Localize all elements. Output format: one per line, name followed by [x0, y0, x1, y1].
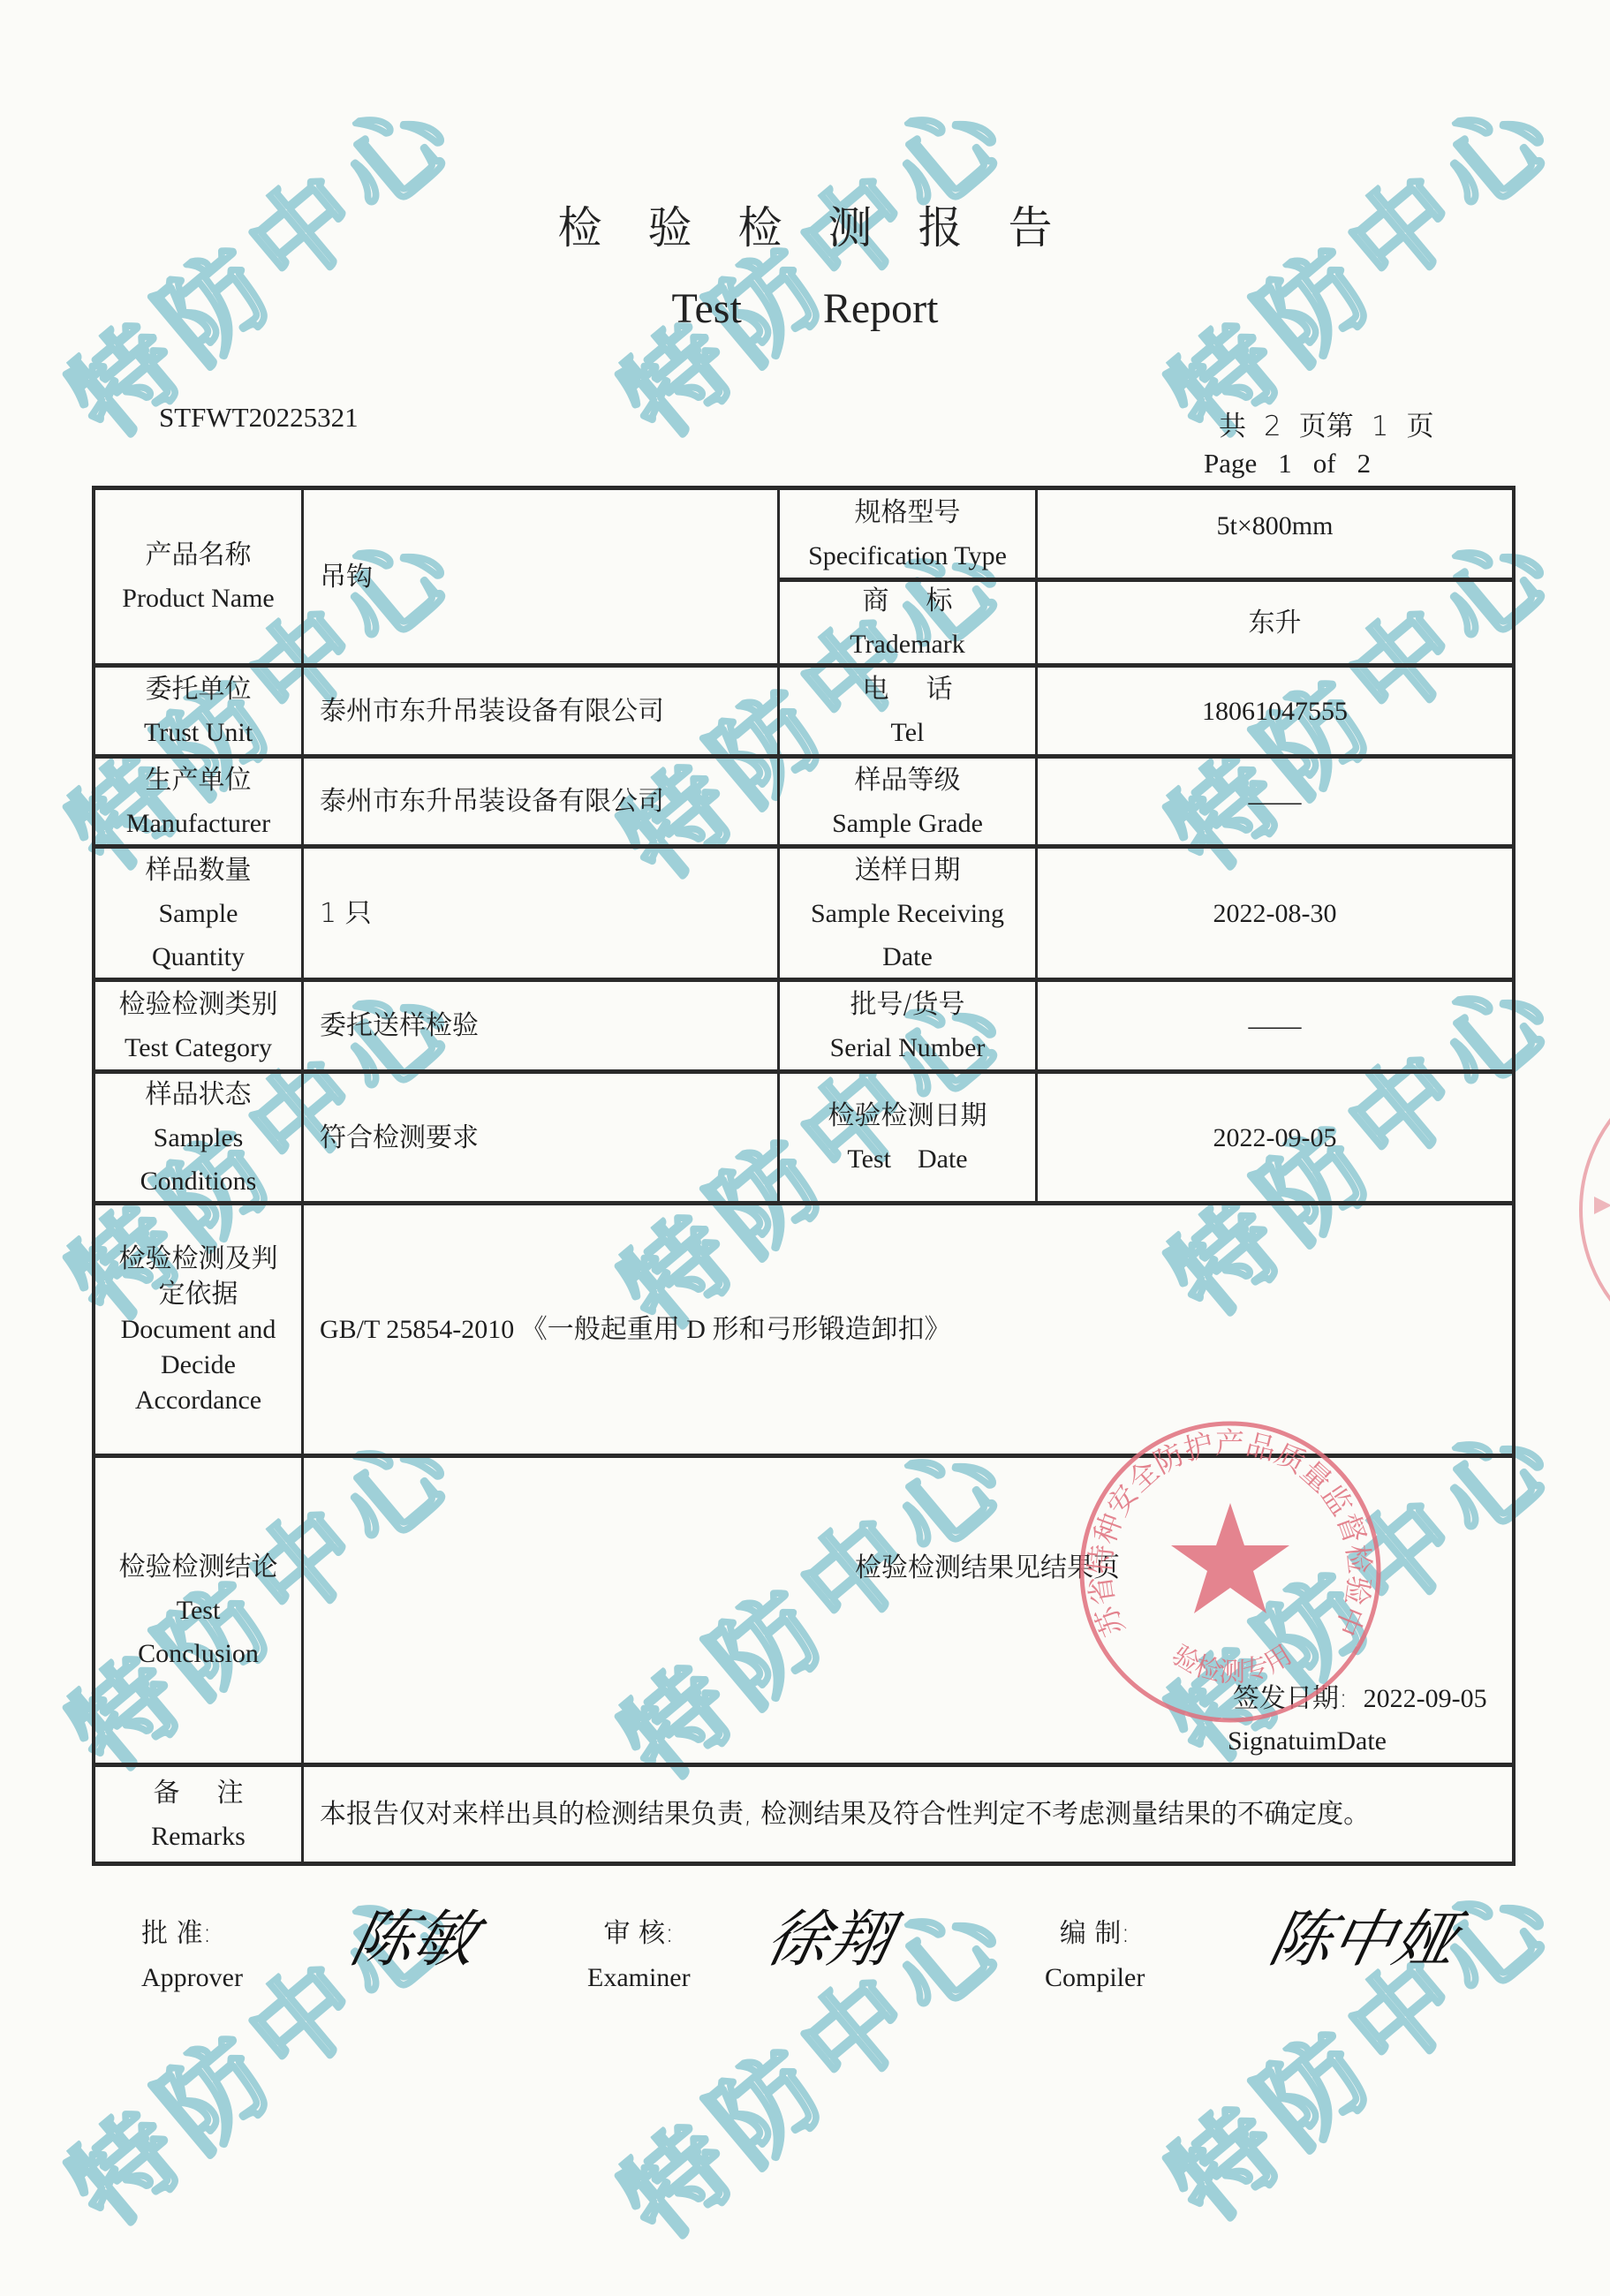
- remarks-value: 本报告仅对来样出具的检测结果负责, 检测结果及符合性判定不考虑测量结果的不确定度…: [304, 1767, 1512, 1862]
- official-seal-stamp: 江苏省特种安全防护产品质量监督检验中心 检验检测专用章: [1077, 1419, 1383, 1725]
- page-indicator-en: Page1of2: [1204, 448, 1392, 480]
- samples-conditions-label: 样品状态 Samples Conditions: [95, 1074, 301, 1201]
- test-date-label: 检验检测日期 Test Date: [780, 1074, 1035, 1201]
- manufacturer-label: 生产单位 Manufacturer: [95, 759, 301, 844]
- product-name-label: 产品名称 Product Name: [95, 490, 301, 663]
- svg-text:特防中心: 特防中心: [1146, 68, 1582, 461]
- serial-number-value: ——: [1038, 982, 1512, 1069]
- sample-quantity-label: 样品数量 Sample Quantity: [95, 849, 301, 978]
- accordance-value: GB/T 25854-2010 《一般起重用 D 形和弓形锻造卸扣》: [304, 1205, 1512, 1454]
- specification-value: 5t×800mm: [1038, 490, 1512, 561]
- manufacturer-value: 泰州市东升吊装设备有限公司: [304, 759, 777, 844]
- compiler-signature: 陈中娅: [1262, 1890, 1466, 1979]
- sample-quantity-value: 1 只: [304, 849, 777, 978]
- watermark-text: 特防中心: [593, 65, 1040, 464]
- sample-grade-value: ——: [1038, 759, 1512, 844]
- examiner-label: 审 核: Examiner: [587, 1912, 691, 2000]
- compiler-label: 编 制: Compiler: [1045, 1912, 1145, 2000]
- accordance-label: 检验检测及判 定依据 Document and Decide Accordanc…: [95, 1205, 301, 1454]
- trust-unit-value: 泰州市东升吊装设备有限公司: [304, 668, 777, 754]
- table-border-right: [1512, 486, 1516, 1866]
- tel-label: 电话 Tel: [780, 668, 1035, 754]
- tel-value: 18061047555: [1038, 668, 1512, 754]
- trust-unit-label: 委托单位 Trust Unit: [95, 668, 301, 754]
- serial-number-label: 批号/货号 Serial Number: [780, 982, 1035, 1069]
- specification-label: 规格型号 Specification Type: [780, 490, 1035, 578]
- report-title-cn: 检验检测报告: [0, 193, 1610, 256]
- remarks-label: 备注 Remarks: [95, 1767, 301, 1862]
- test-category-label: 检验检测类别 Test Category: [95, 982, 301, 1069]
- test-date-value: 2022-09-05: [1038, 1074, 1512, 1201]
- report-number: STFWT20225321: [159, 402, 359, 434]
- product-name-value: 吊钩: [304, 490, 777, 663]
- trademark-value: 东升: [1038, 582, 1512, 663]
- edge-seal-fragment: [1576, 1055, 1610, 1364]
- sample-receiving-date-label: 送样日期 Sample Receiving Date: [780, 849, 1035, 978]
- examiner-signature: 徐翔: [759, 1890, 901, 1979]
- svg-text:特防中心: 特防中心: [599, 68, 1034, 461]
- sample-grade-label: 样品等级 Sample Grade: [780, 759, 1035, 844]
- table-border-bottom: [92, 1862, 1516, 1866]
- test-category-value: 委托送样检验: [304, 982, 777, 1069]
- sample-receiving-date-value: 2022-08-30: [1038, 849, 1512, 978]
- trademark-label: 商标 Trademark: [780, 582, 1035, 663]
- approver-signature: 陈敏: [344, 1890, 486, 1979]
- report-title-en: Test Report: [0, 284, 1610, 333]
- approver-label: 批 准: Approver: [141, 1912, 243, 2000]
- signature-date-label-en: SignatuimDate: [1228, 1719, 1387, 1763]
- page-indicator-cn: 共2页第1页: [1219, 404, 1451, 443]
- conclusion-label: 检验检测结论 Test Conclusion: [95, 1458, 301, 1763]
- samples-conditions-value: 符合检测要求: [304, 1074, 777, 1201]
